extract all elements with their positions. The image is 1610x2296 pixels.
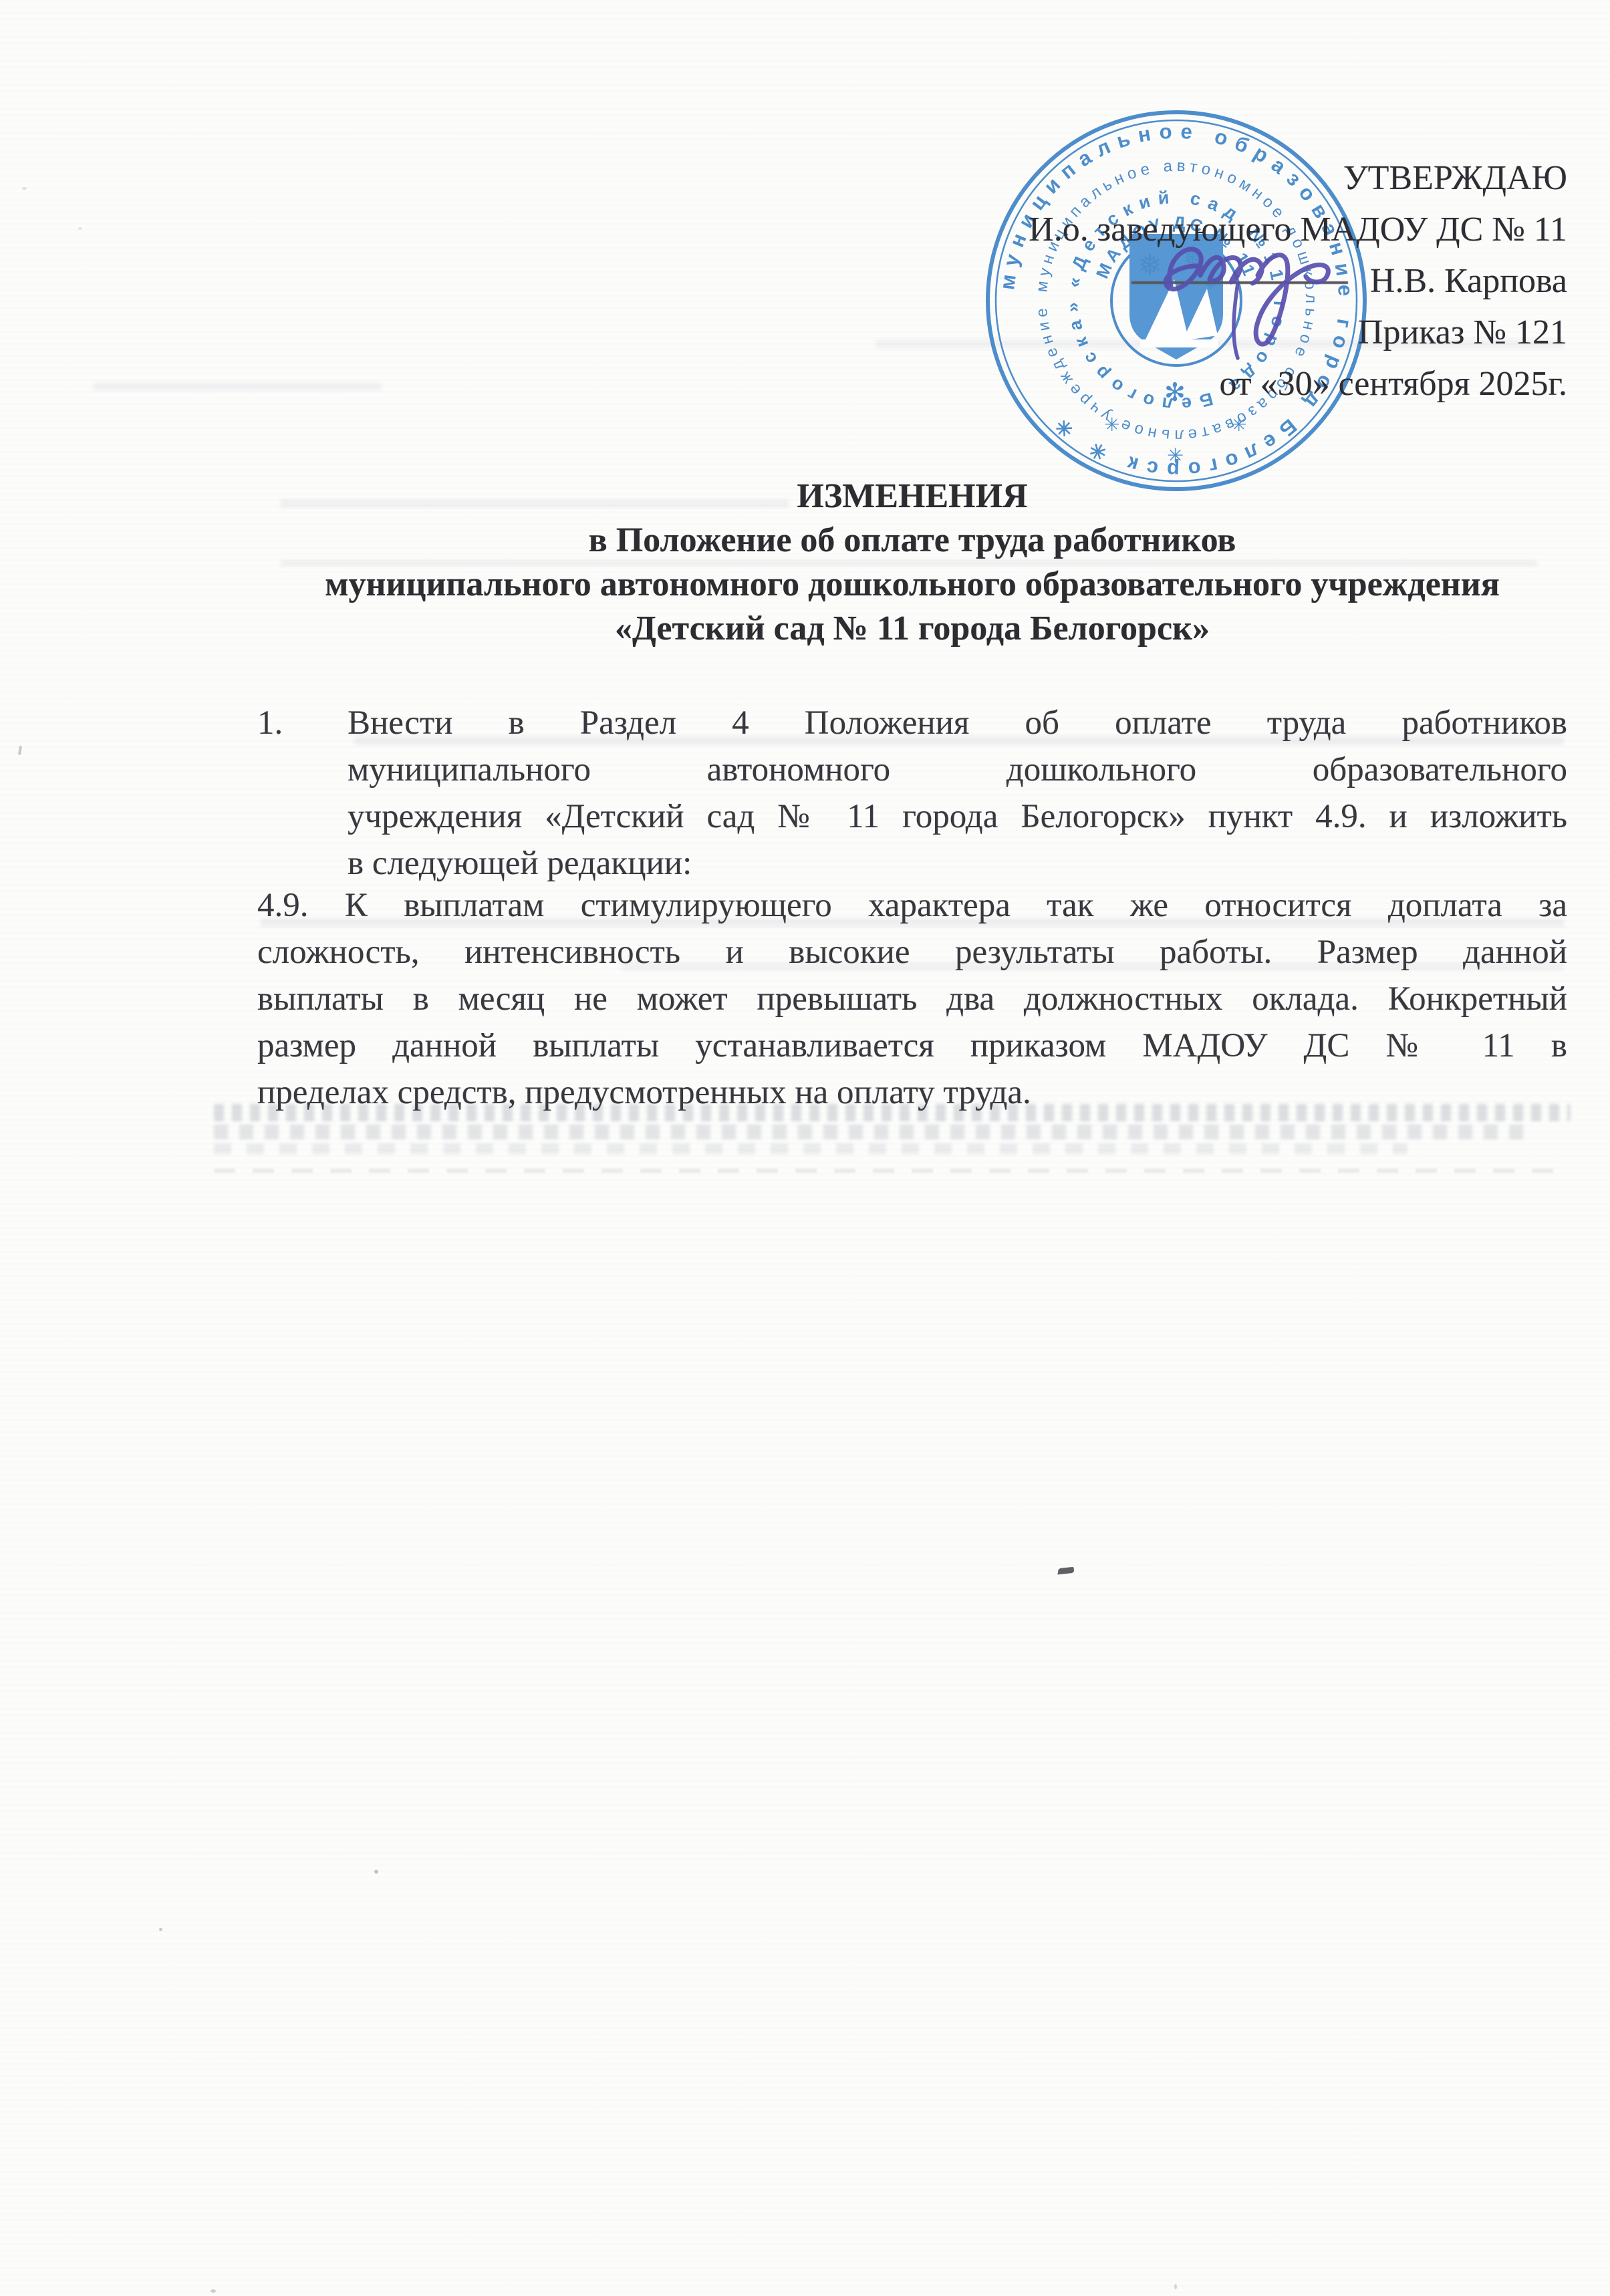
scan-smudge-row xyxy=(214,1143,1407,1154)
stamp-asterisk-bottom-right: ✳ xyxy=(1231,414,1246,435)
title-izmeneniya: ИЗМЕНЕНИЯ xyxy=(257,474,1567,519)
paragraph-4-9: 4.9. К выплатам стимулирующего характера… xyxy=(257,882,1567,1116)
title-subline-1: в Положение об оплате труда работников xyxy=(257,519,1567,563)
paragraph-line: размер данной выплаты устанавливается пр… xyxy=(257,1022,1567,1069)
list-line: муниципального автономного дошкольного о… xyxy=(348,746,1567,793)
stamp-asterisk-outer-bottom: ✳ xyxy=(1167,445,1184,467)
paragraph-line: сложность, интенсивность и высокие резул… xyxy=(257,929,1567,976)
scan-speck xyxy=(18,746,22,755)
list-line: в следующей редакции: xyxy=(348,840,1567,887)
paragraph-line: пределах средств, предусмотренных на опл… xyxy=(257,1069,1567,1116)
scan-speck xyxy=(1174,2284,1177,2289)
title-subline-3: «Детский сад № 11 города Белогорск» xyxy=(257,607,1567,651)
stamp-asterisk-bottom-left: ✳ xyxy=(1104,414,1119,435)
list-line: Внести в Раздел 4 Положения об оплате тр… xyxy=(348,700,1567,746)
list-line: учреждения «Детский сад № 11 города Бело… xyxy=(348,793,1567,840)
scanned-document-page: { "approval": { "line1": "УТВЕРЖДАЮ", "l… xyxy=(0,0,1610,2296)
list-item-1-text: Внести в Раздел 4 Положения об оплате тр… xyxy=(348,700,1567,887)
scan-speck xyxy=(374,1870,378,1874)
handwritten-signature xyxy=(1136,214,1403,374)
paragraph-line: выплаты в месяц не может превышать два д… xyxy=(257,976,1567,1022)
scan-speck xyxy=(22,187,27,190)
approval-utverzhdayu: УТВЕРЖДАЮ xyxy=(832,152,1567,204)
paragraph-line: 4.9. К выплатам стимулирующего характера… xyxy=(257,882,1567,929)
scan-speck xyxy=(211,2289,216,2293)
document-title-block: ИЗМЕНЕНИЯ в Положение об оплате труда ра… xyxy=(257,474,1567,651)
scan-speck xyxy=(78,227,82,230)
scan-smudge-row xyxy=(214,1169,1571,1173)
scan-smudge-row xyxy=(214,1125,1530,1139)
scan-echo-band xyxy=(94,382,381,391)
list-item-number: 1. xyxy=(257,700,283,746)
scan-speck xyxy=(159,1928,162,1931)
title-subline-2: муниципального автономного дошкольного о… xyxy=(257,563,1567,607)
scan-ink-mark xyxy=(1058,1567,1075,1574)
